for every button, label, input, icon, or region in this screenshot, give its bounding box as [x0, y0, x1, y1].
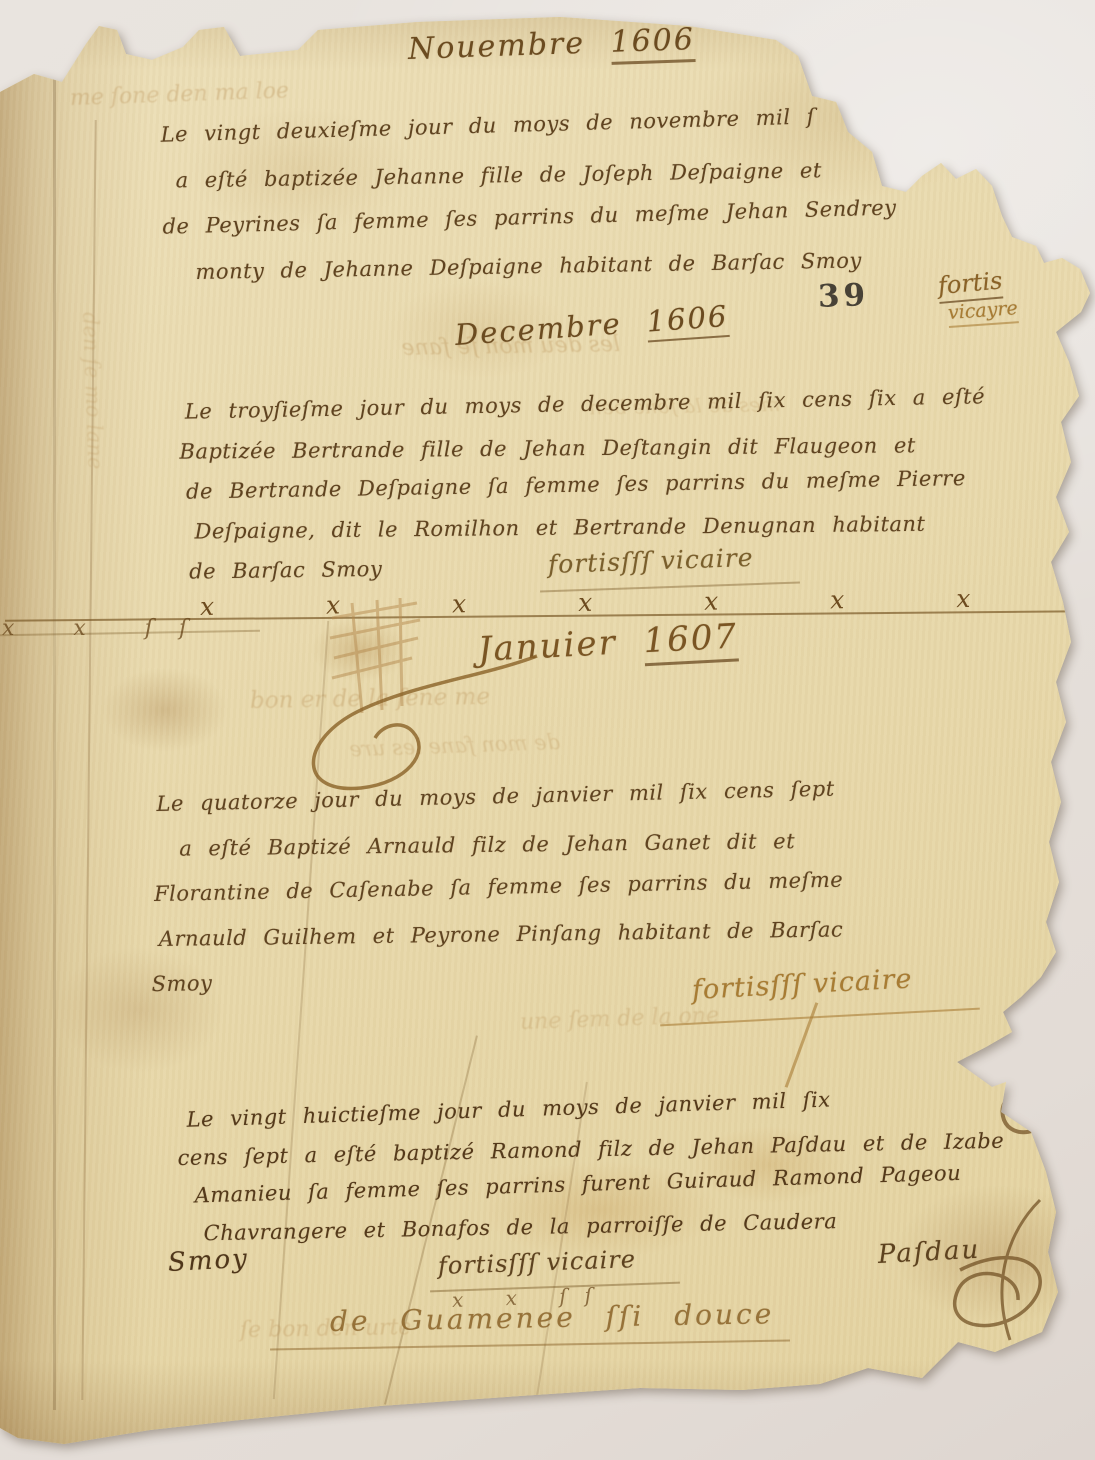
heading-january-year: 1607: [642, 616, 739, 666]
entry-line: Le troyſieſme jour du moys de decembre m…: [185, 376, 986, 431]
bottom-flourish-inscription: de Guamenee ſſi douce: [330, 1297, 775, 1338]
bleedthrough-text: den ſe mo lane: [78, 312, 107, 470]
page-number-value: 39: [817, 277, 869, 315]
signature-fortis-top: fortis: [937, 266, 1004, 300]
signature-cross-stroke: [785, 1002, 819, 1088]
signature-vicayre-top: vicayre: [947, 297, 1018, 324]
heading-november-1606: Nouembre 1606: [407, 22, 695, 67]
heading-november-year: 1606: [610, 22, 696, 65]
entry-line: Deſpaigne, dit le Romilhon et Bertrande …: [194, 503, 987, 551]
signature-smoy-bottom: Smoy: [167, 1244, 249, 1278]
heading-november-month: Nouembre: [407, 26, 585, 67]
baptism-entry-november: Le vingt deuxieſme jour du moys de novem…: [160, 96, 898, 295]
signature-vicayre-top-text: vicayre: [947, 297, 1018, 328]
bleedthrough-text: une ſem de la one: [520, 1003, 720, 1035]
pasdau-flourish-swirl: [900, 1080, 1080, 1360]
photograph-of-manuscript: me ſone den ma loe les deu mon ſe fane b…: [0, 0, 1095, 1460]
page-number-stamp: 39: [817, 277, 869, 315]
x-fragment-left: x x ſſ: [2, 616, 213, 641]
entry-line: Le quatorze jour du moys de janvier mil …: [156, 766, 842, 827]
heading-december-year: 1606: [645, 299, 729, 343]
bleedthrough-text: me ſone den ma loe: [70, 78, 290, 111]
binding-crease: [53, 70, 56, 1410]
manuscript-page: me ſone den ma loe les deu mon ſe fane b…: [0, 0, 1095, 1460]
baptism-entry-january-second: Le vingt huictieſme jour du moys de janv…: [186, 1079, 1006, 1252]
paper-sheet: me ſone den ma loe les deu mon ſe fane b…: [0, 0, 1095, 1460]
entry-line: Arnauld Guilhem et Peyrone Pinſang habit…: [159, 907, 845, 962]
signature-fortis-bottom: fortisſſſ vicaire: [438, 1245, 637, 1280]
